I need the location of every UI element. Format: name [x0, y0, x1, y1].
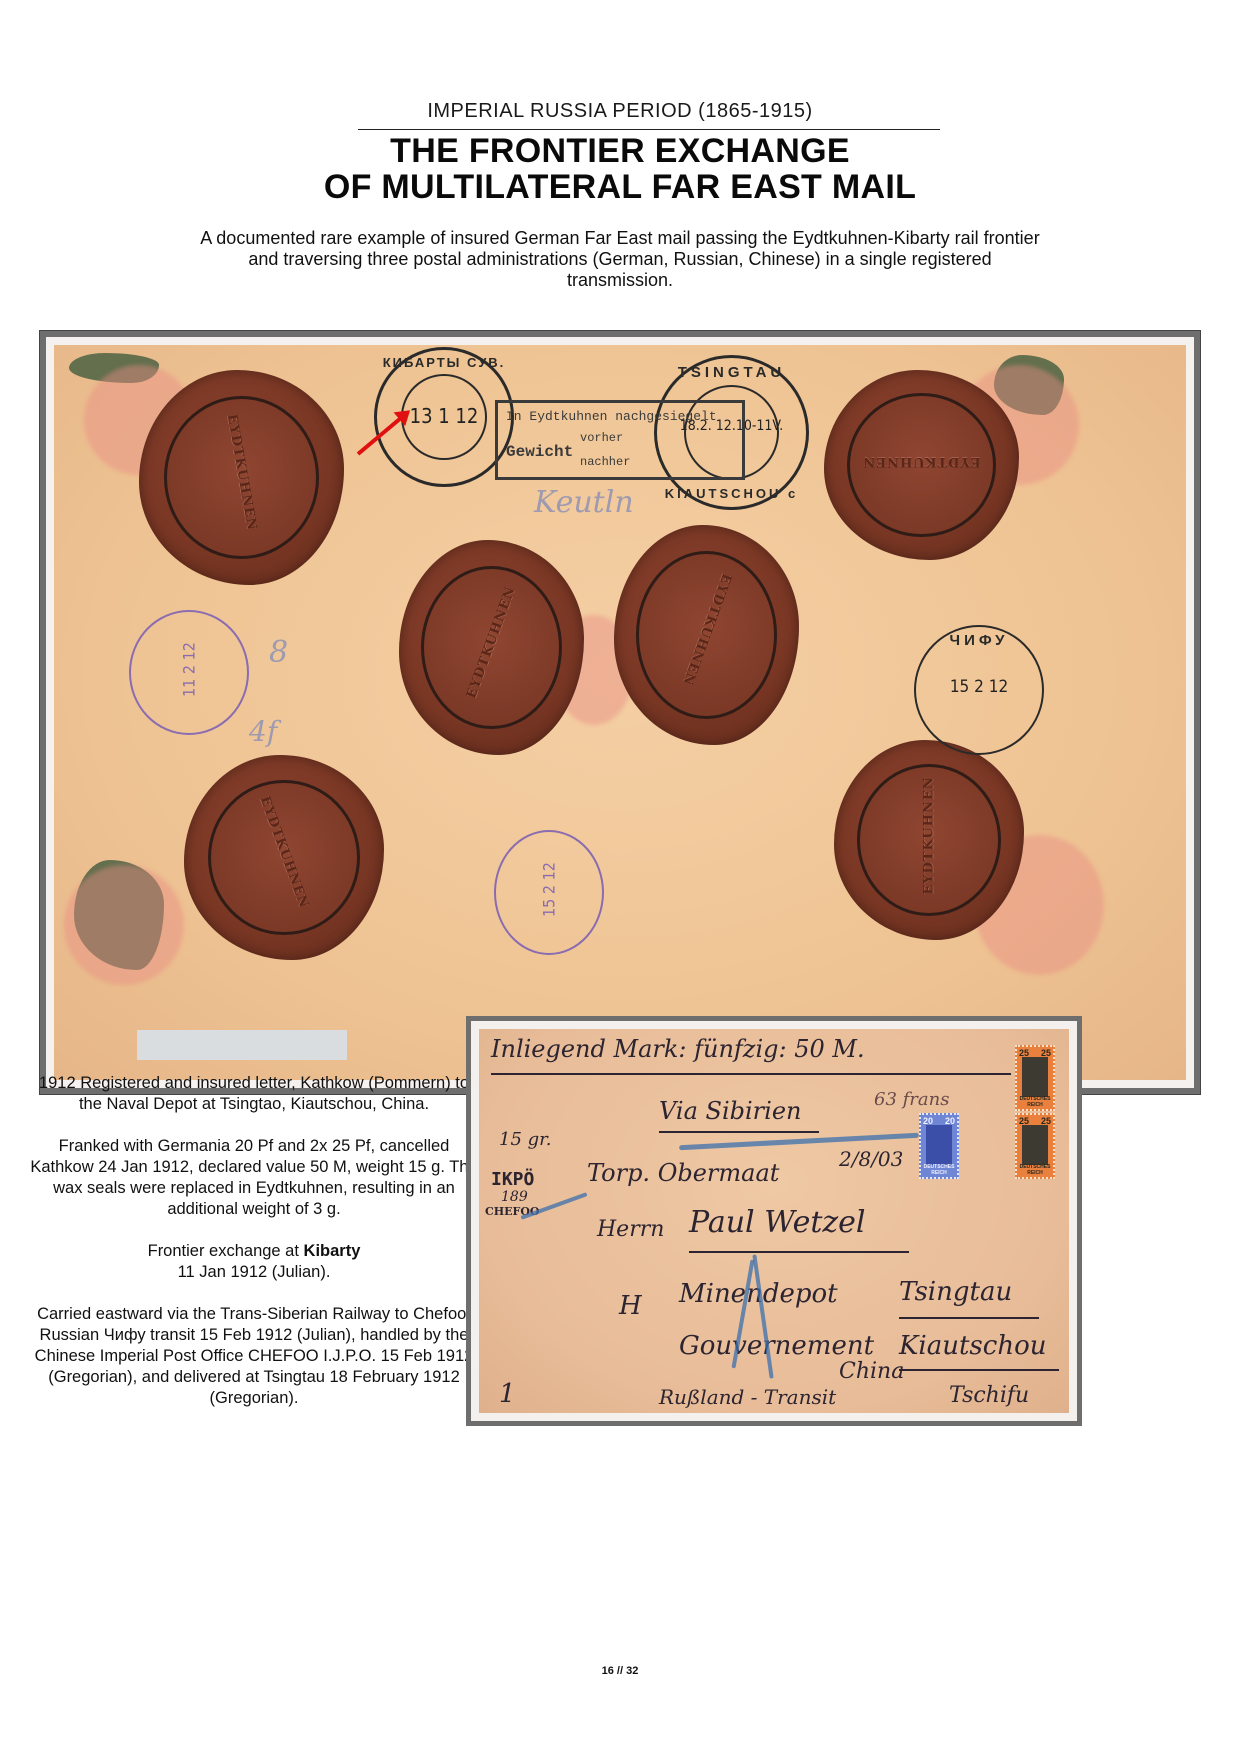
wax-seal-center-left: EYDTKUHNEN [399, 540, 584, 755]
underline [659, 1131, 819, 1133]
cover-reverse-image: EYDTKUHNEN EYDTKUHNEN EYDTKUHNEN EYDTKUH… [40, 331, 1200, 1094]
kibarty-postmark: КИБАРТЫ СУВ. 13 1 12 [374, 347, 514, 487]
kibarty-bold: Kibarty [304, 1242, 361, 1260]
resealed-box-stamp: In Eydtkuhnen nachgesiegelt Gewicht vorh… [495, 400, 745, 480]
title-line-2: OF MULTILATERAL FAR EAST MAIL [0, 169, 1240, 205]
wax-seal-center-right: EYDTKUHNEN [614, 525, 799, 745]
pencil-note: 4f [249, 715, 277, 748]
title-line-1: THE FRONTIER EXCHANGE [0, 133, 1240, 169]
caption-paragraph-1: 1912 Registered and insured letter, Kath… [30, 1073, 478, 1115]
wax-seal-top-right: EYDTKUHNEN [824, 370, 1019, 560]
germania-25pf-stamp: 2525 DEUTSCHES REICH [1015, 1113, 1055, 1179]
germania-25pf-stamp: 2525 DEUTSCHES REICH [1015, 1045, 1055, 1111]
envelope-front: Inliegend Mark: fünfzig: 50 M. Via Sibir… [479, 1029, 1069, 1413]
caption-paragraph-3: Frontier exchange at Kibarty 11 Jan 1912… [30, 1241, 478, 1283]
underline [689, 1251, 909, 1253]
reference-number: 2/8/03 [839, 1147, 903, 1171]
section-kicker: IMPERIAL RUSSIA PERIOD (1865-1915) [0, 100, 1240, 123]
chifu-postmark: ЧИФУ 15 2 12 [914, 625, 1044, 755]
mark-1: 1 [499, 1379, 516, 1409]
caption-paragraph-4: Carried eastward via the Trans-Siberian … [30, 1304, 478, 1409]
country-line: China [839, 1359, 904, 1384]
envelope-back: EYDTKUHNEN EYDTKUHNEN EYDTKUHNEN EYDTKUH… [54, 345, 1186, 1080]
wax-seal-bottom-left: EYDTKUHNEN [184, 755, 384, 960]
government-line: Gouvernement [679, 1331, 874, 1361]
francs-note: 63 frans [874, 1089, 949, 1110]
kathkow-postmark: 11 2 12 [129, 610, 249, 735]
underline [491, 1073, 1011, 1075]
photo-mat: EYDTKUHNEN EYDTKUHNEN EYDTKUHNEN EYDTKUH… [46, 337, 1194, 1088]
page-title: THE FRONTIER EXCHANGE OF MULTILATERAL FA… [0, 133, 1240, 205]
region-line: Kiautschou [899, 1331, 1046, 1361]
cover-front-image: Inliegend Mark: fünfzig: 50 M. Via Sibir… [466, 1016, 1082, 1426]
wax-seal-top-left: EYDTKUHNEN [139, 370, 344, 585]
germania-20pf-stamp: 2020 DEUTSCHES REICH [919, 1113, 959, 1179]
addressee-rank: Torp. Obermaat [587, 1159, 779, 1187]
wax-seal-bottom-right: EYDTKUHNEN [834, 740, 1024, 940]
caption-label-bar [137, 1030, 347, 1060]
cover-description: 1912 Registered and insured letter, Kath… [30, 1073, 478, 1430]
caption-paragraph-2: Franked with Germania 20 Pf and 2x 25 Pf… [30, 1136, 478, 1220]
weight-note: 15 gr. [499, 1129, 552, 1150]
underline [899, 1369, 1059, 1371]
registration-number: 189 [501, 1189, 528, 1205]
route-line: Rußland - Transit [659, 1385, 836, 1409]
pencil-note: 8 [269, 635, 288, 670]
intro-paragraph: A documented rare example of insured Ger… [200, 228, 1040, 291]
declared-value-line: Inliegend Mark: fünfzig: 50 M. [491, 1035, 865, 1063]
pencil-note: Keutln [534, 485, 634, 520]
header-rule [358, 129, 940, 130]
chefoo-ijpo-postmark: 15 2 12 [494, 830, 604, 955]
page-number: 16 // 32 [0, 1665, 1240, 1677]
mark-h: H [619, 1291, 642, 1321]
salutation: Herrn [597, 1217, 664, 1242]
photo-mat: Inliegend Mark: fünfzig: 50 M. Via Sibir… [471, 1021, 1077, 1421]
registration-label: IKPÖ [491, 1169, 534, 1190]
destination-line: Tschifu [949, 1383, 1029, 1408]
pink-stain [64, 865, 184, 985]
underline [899, 1317, 1039, 1319]
route-via-siberia: Via Sibirien [659, 1097, 802, 1125]
addressee-name: Paul Wetzel [689, 1205, 866, 1240]
city-line: Tsingtau [899, 1277, 1012, 1307]
